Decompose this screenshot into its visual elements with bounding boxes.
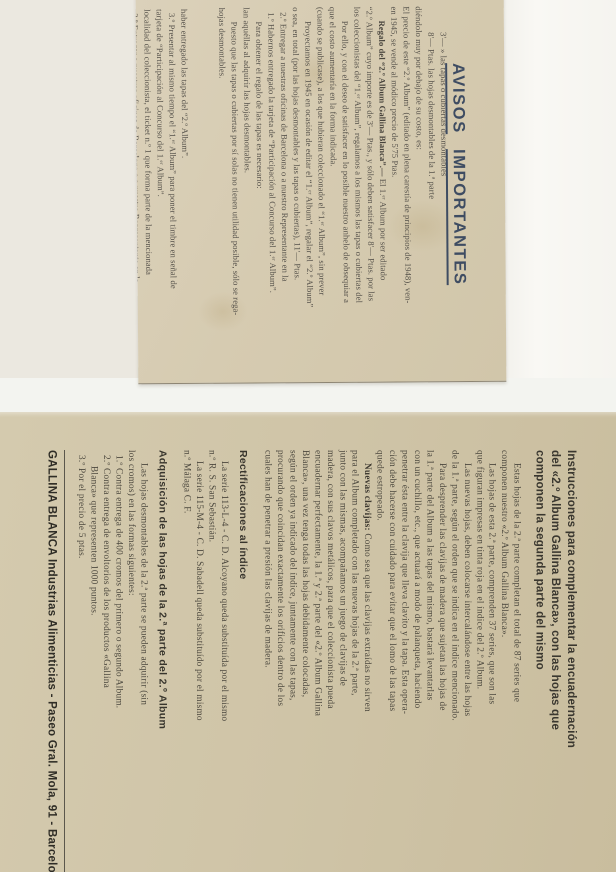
text-line: encuadernar perfectamente, la 1.ª y 2.ª … — [311, 450, 323, 872]
top-leaflet-main-column-group: hojas desmontables.Puesto que las tapas … — [216, 6, 452, 372]
top-leaflet-title: AVISOS IMPORTANTES — [448, 63, 469, 303]
heading-rectificaciones: Rectificaciones al índice — [236, 450, 249, 872]
text-line: Las hojas desmontables de la 2.ª parte s… — [137, 450, 149, 872]
text-line: de la 1.ª parte, según el orden que se i… — [448, 450, 460, 872]
text-line: penetrar ésta entre la clavija que lleva… — [398, 450, 410, 872]
title-word-avisos: AVISOS — [445, 63, 467, 134]
text-line: procurando que coincidan exactamente los… — [274, 450, 286, 872]
heading-adquisicion: Adquisición de las hojas de la 2.ª parte… — [155, 450, 168, 872]
bottom-leaflet-text-flow: Instrucciones para complementar la encua… — [45, 450, 578, 872]
text-line: con un cuchillo, etc., que actuará a mod… — [411, 450, 423, 872]
text-line: Para desprender las clavijas de madera q… — [435, 450, 447, 872]
text-line: madera, con sus clavos metálicos, para q… — [323, 450, 335, 872]
text-line: para el Album completado con las nuevas … — [348, 450, 360, 872]
text-line: La serie 115-M-4 - C. D. Sabadell queda … — [193, 450, 205, 872]
text-line: según el orden ya indicado del índice, j… — [286, 450, 298, 872]
text-line: componen la segunda parte del mismo — [531, 450, 547, 872]
text-line: n.º Málaga C. F. — [180, 450, 192, 872]
text-line: quede estropeado. — [373, 450, 385, 872]
scan-background-white-strip — [502, 0, 616, 432]
text-line: que figuran impresas en tinta roja en el… — [473, 450, 485, 872]
text-line: Instrucciones para complementar la encua… — [562, 450, 578, 872]
text-line: haber entregado las tapas del “2.º Album… — [178, 9, 193, 371]
text-line: componen nuestro «2.º Album Gallina Blan… — [498, 450, 510, 872]
scanned-document-photo: 2.º Entregar a nuestras oficinas de Barc… — [0, 0, 616, 872]
text-line: Las hojas de esta 2.ª parte, comprenden … — [485, 450, 497, 872]
text-line: la 1.ª parte del Album a las tapas del m… — [423, 450, 435, 872]
text-line: 3.º Por el precio de 5 ptas. — [75, 450, 87, 872]
text-line: Estas hojas de la 2.ª parte completan el… — [510, 450, 522, 872]
text-line: cuales han de penetrar a presión las cla… — [261, 450, 273, 872]
text-line: Blanca» que representen 1000 puntos. — [87, 450, 99, 872]
top-leaflet-left-column-group: 2.º Entregar a nuestras oficinas de Barc… — [136, 9, 193, 371]
title-word-importantes: IMPORTANTES — [446, 149, 469, 286]
bottom-leaflet-instrucciones: Instrucciones para complementar la encua… — [0, 412, 616, 872]
text-line: los cromos) en las formas siguientes: — [124, 450, 136, 872]
top-leaflet-avisos-importantes: 2.º Entregar a nuestras oficinas de Barc… — [136, 0, 507, 384]
text-line: 1.º Contra entrega de 400 cromos del pri… — [112, 450, 124, 872]
text-line: n.º R. S. San Sebastián. — [205, 450, 217, 872]
text-line: ción debe hacerse con cuidado para evita… — [386, 450, 398, 872]
text-line: junto con las mismas, acompañamos un jue… — [336, 450, 348, 872]
text-line: Nuevas clavijas: Como sea que las clavij… — [361, 450, 373, 872]
text-line: 2.º Contra entrega de envoltorios de los… — [99, 450, 111, 872]
text-line: Las nuevas hojas, deben colocarse interc… — [460, 450, 472, 872]
text-line: del «2.º Album Gallina Blanca», con las … — [546, 450, 562, 872]
text-line: La serie 113-L-4 - C. D. Alcoyano queda … — [218, 450, 230, 872]
publisher-imprint: GALLINA BLANCA Industrias Alimenticias -… — [45, 450, 65, 872]
text-line: Blanca», una vez tenga todas las hojas d… — [298, 450, 310, 872]
